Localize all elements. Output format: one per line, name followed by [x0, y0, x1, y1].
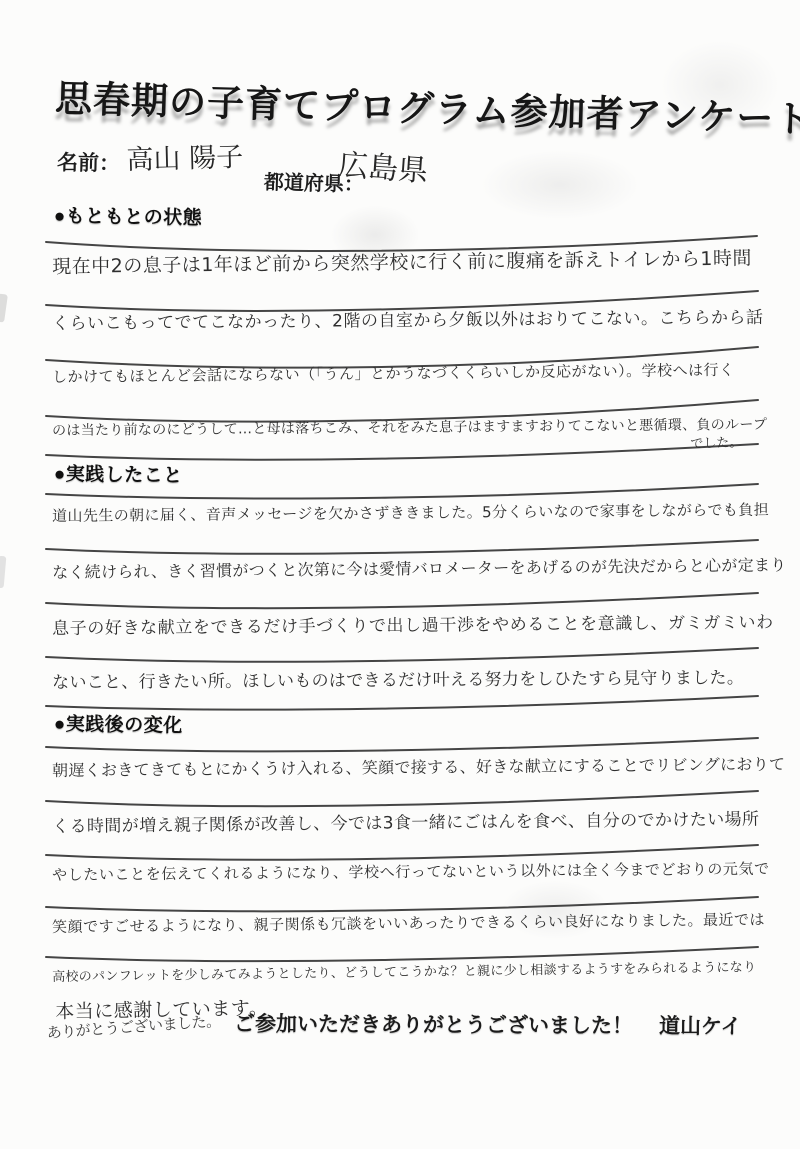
- section-heading-practiced: ●実践したこと: [54, 459, 183, 488]
- handwritten-line: 道山先生の朝に届く、音声メッセージを欠かさずききました。5分くらいなので家事をし…: [52, 499, 769, 526]
- prefecture-value-handwritten: 広島県: [337, 140, 430, 190]
- handwritten-line: ないこと、行きたい所。ほしいものはできるだけ叶える努力をしひたすら見守りました。: [52, 663, 744, 693]
- handwritten-line: くる時間が増え親子関係が改善し、今では3食一緒にごはんを食べ、自分のでかけたい場…: [52, 805, 759, 837]
- footer-signature: 道山ケイ: [659, 1014, 742, 1038]
- footer: ご参加いただきありがとうございました！道山ケイ: [234, 1008, 742, 1041]
- handwritten-line: 息子の好きな献立をできるだけ手づくりで出し過干渉をやめることを意識し、ガミガミい…: [52, 608, 774, 639]
- handwritten-line: のは当たり前なのにどうして…と母は落ちこみ、それをみた息子はますますおりてこない…: [52, 414, 767, 440]
- section-heading-original-state: ●もともとの状態: [54, 201, 203, 230]
- handwritten-line: でした。: [690, 431, 743, 452]
- handwritten-line: くらいこもってでてこなかったり、2階の自室から夕飯以外はおりてこない。こちらから…: [52, 303, 764, 334]
- handwritten-line: 現在中2の息子は1年ほど前から突然学校に行く前に腹痛を訴えトイレから1時間: [52, 243, 752, 279]
- section-heading-changes: ●実践後の変化: [54, 709, 183, 738]
- name-label: 名前：: [57, 146, 121, 177]
- handwritten-line: やしたいことを伝えてくれるようになり、学校へ行ってないという以外には全く今までど…: [52, 858, 770, 885]
- handwritten-line: 朝遅くおきてきてもとにかくうけ入れる、笑顔で接する、好きな献立にすることでリビン…: [52, 752, 785, 781]
- scan-smudge: [0, 293, 8, 322]
- handwritten-line: しかけてもほとんど会話にならない（「うん」とかうなづくくらいしか反応がない）。学…: [52, 359, 735, 387]
- footer-message: ご参加いただきありがとうございました！: [234, 1012, 633, 1038]
- scan-smudge: [0, 556, 6, 589]
- name-value-handwritten: 高山 陽子: [126, 135, 244, 177]
- page-title: 思春期の子育てプログラム参加者アンケート: [54, 68, 755, 142]
- handwritten-line: 高校のパンフレットを少しみてみようとしたり、どうしてこうかな？と親に少し相談する…: [52, 956, 756, 985]
- handwritten-line: なく続けられ、きく習慣がつくと次第に今は愛情バロメーターをあげるのが先決だからと…: [52, 552, 787, 583]
- scan-smudge: [480, 150, 640, 220]
- handwritten-line: 笑顔ですごせるようになり、親子関係も冗談をいいあったりできるくらい良好になりまし…: [52, 909, 765, 937]
